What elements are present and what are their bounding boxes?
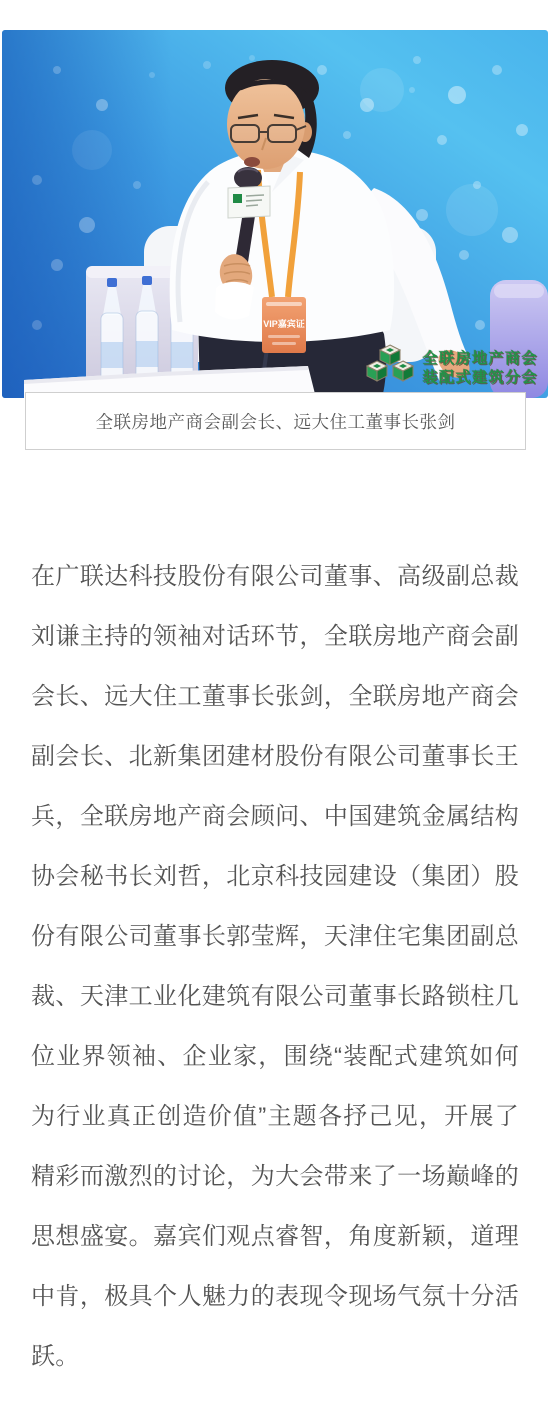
speaker-photo-illustration: VIP嘉宾证 — [2, 30, 548, 398]
glasses-icon — [231, 125, 306, 142]
article-page: VIP嘉宾证 — [0, 0, 550, 1413]
chamber-logo: 全联房地产商会 装配式建筑分会 — [364, 344, 538, 392]
vip-badge: VIP嘉宾证 — [262, 297, 306, 353]
photo-caption: 全联房地产商会副会长、远大住工董事长张剑 — [25, 392, 526, 450]
article-paragraph: 在广联达科技股份有限公司董事、高级副总裁刘谦主持的领袖对话环节，全联房地产商会副… — [31, 547, 519, 1413]
speaker-photo[interactable]: VIP嘉宾证 — [2, 30, 548, 398]
cubes-logo-icon — [364, 344, 416, 392]
chamber-logo-line2: 装配式建筑分会 — [422, 368, 538, 387]
vip-badge-text: VIP嘉宾证 — [263, 318, 305, 329]
chamber-logo-line1: 全联房地产商会 — [422, 349, 538, 368]
